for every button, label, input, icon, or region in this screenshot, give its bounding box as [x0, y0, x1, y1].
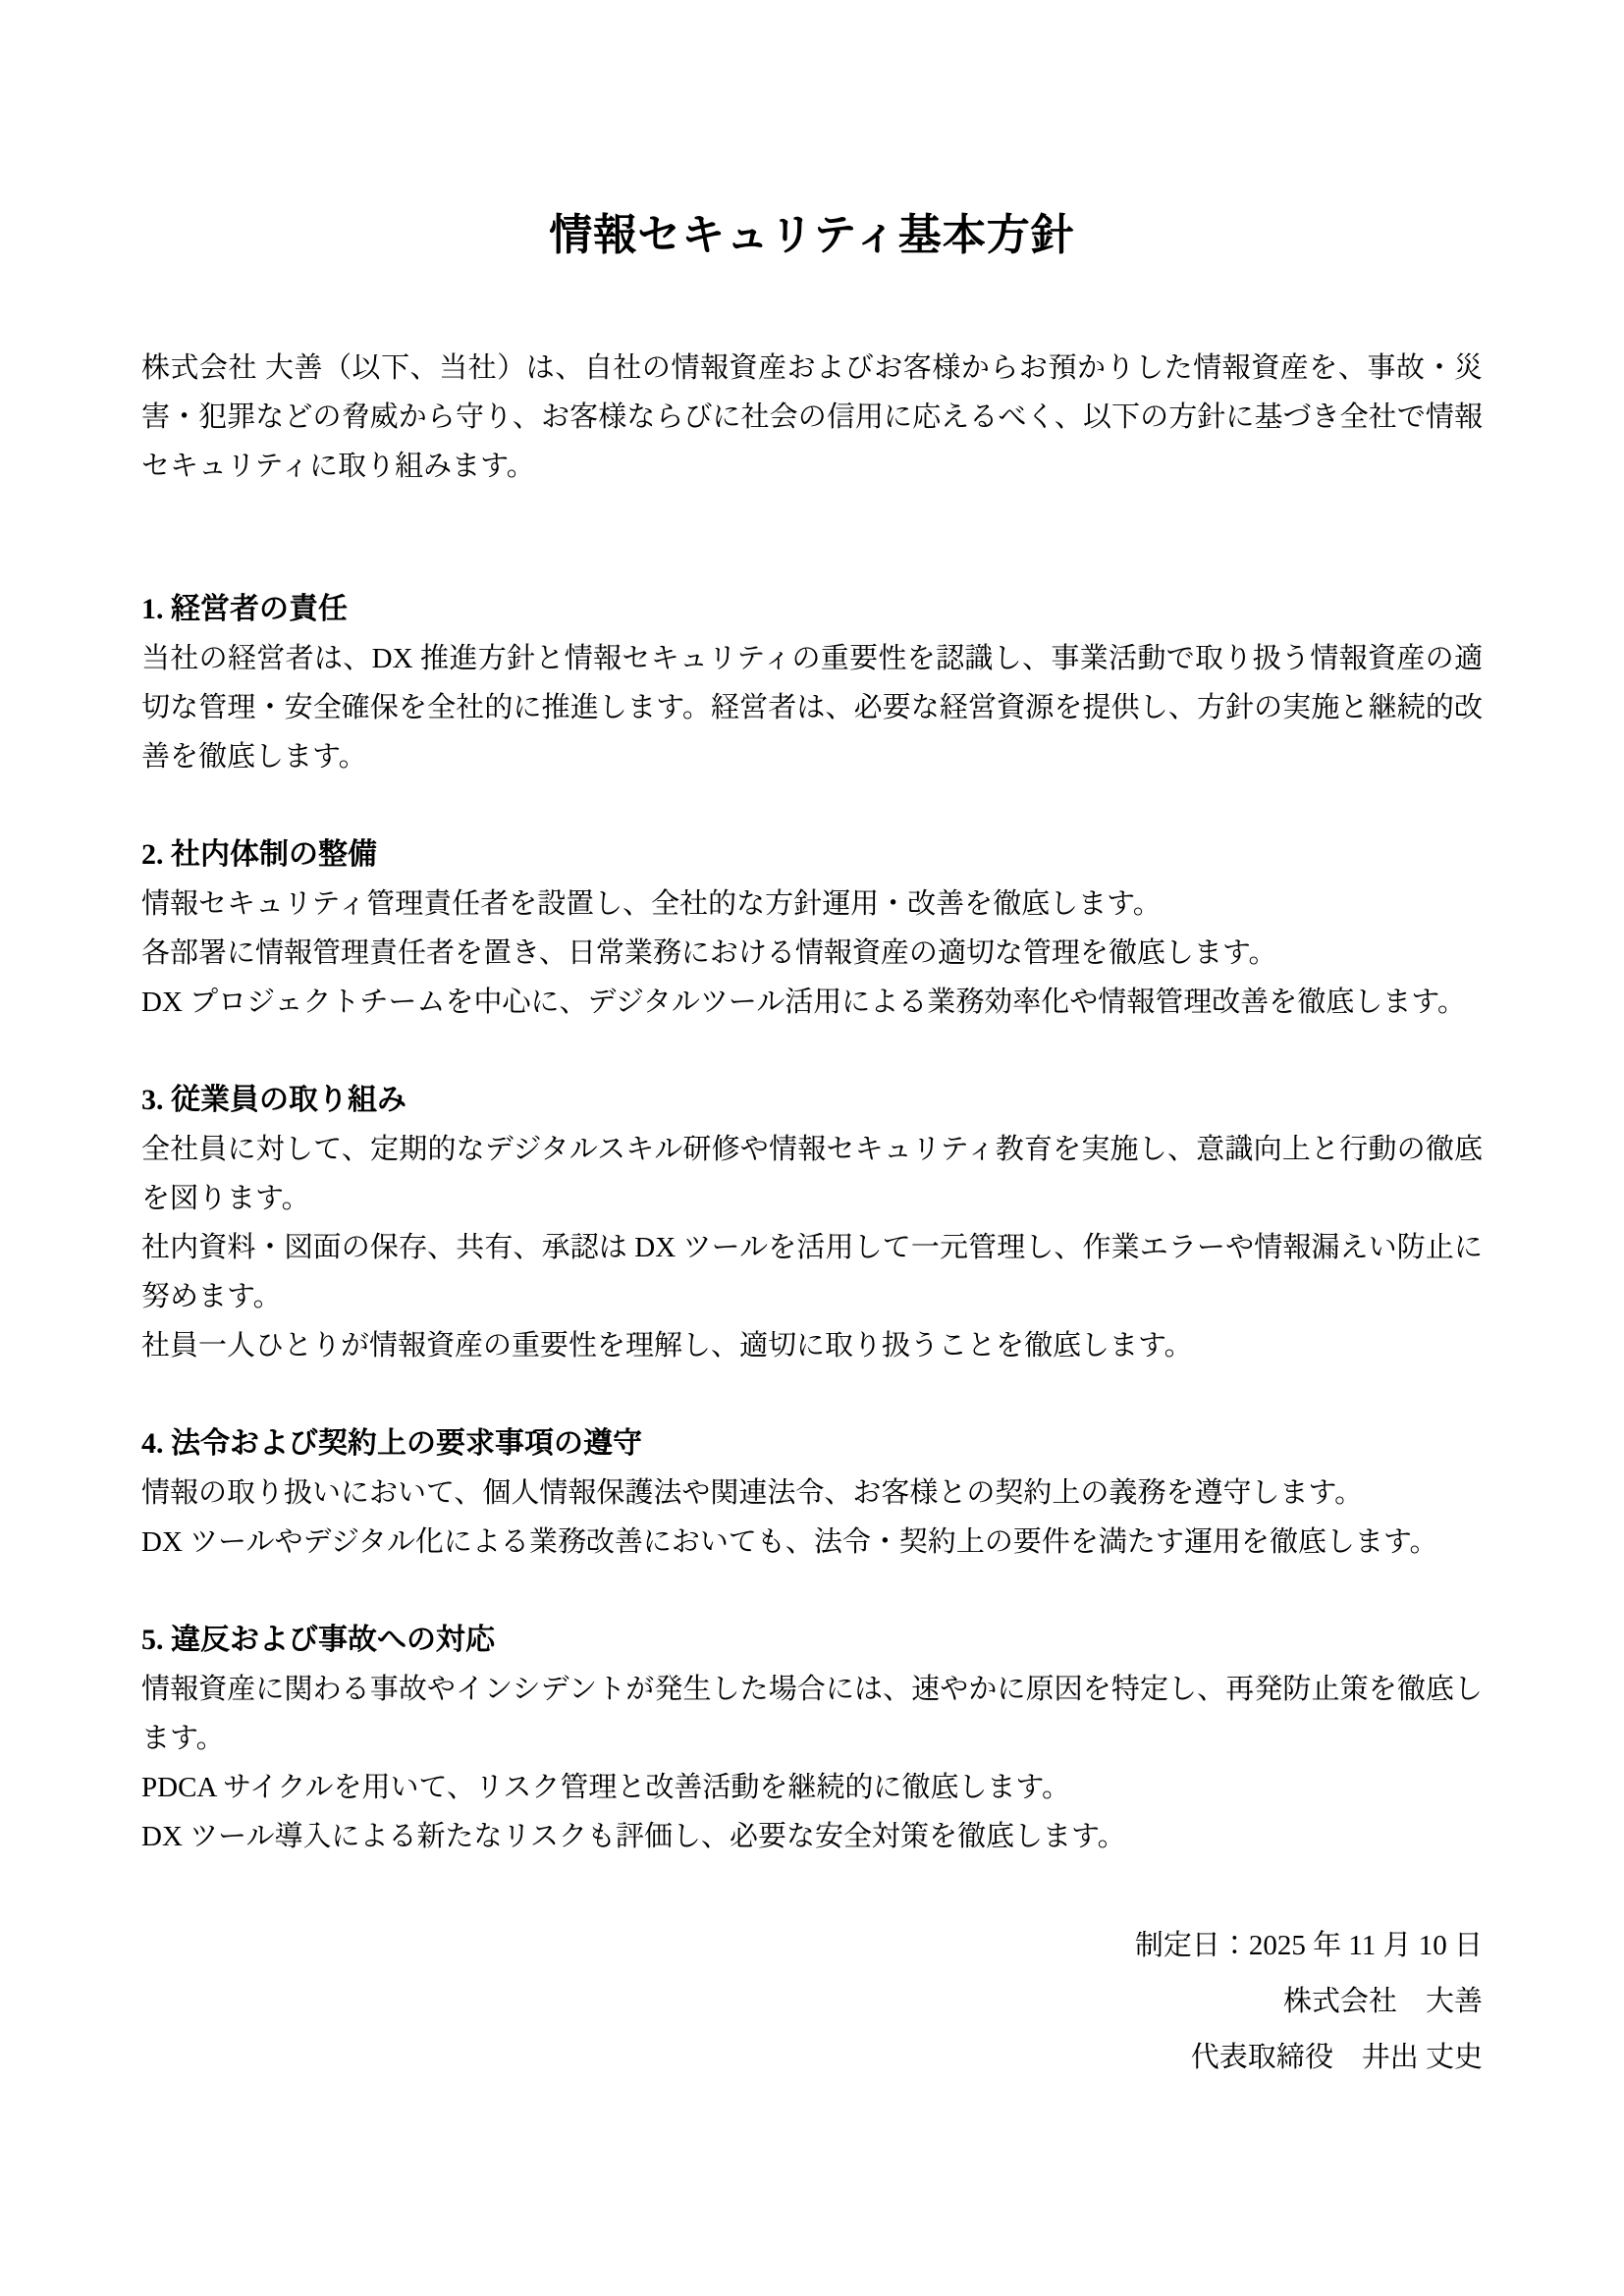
section-management-responsibility: 1. 経営者の責任 当社の経営者は、DX 推進方針と情報セキュリティの重要性を認…	[141, 585, 1483, 781]
section-2-paragraph-1: 情報セキュリティ管理責任者を設置し、全社的な方針運用・改善を徹底します。	[141, 880, 1483, 929]
section-2-paragraph-2: 各部署に情報管理責任者を置き、日常業務における情報資産の適切な管理を徹底します。	[141, 929, 1483, 978]
section-5-heading: 5. 違反および事故への対応	[141, 1616, 1483, 1665]
document-content: 情報セキュリティ基本方針 株式会社 大善（以下、当社）は、自社の情報資産およびお…	[0, 0, 1624, 2086]
enacted-date: 制定日：2025 年 11 月 10 日	[141, 1918, 1483, 1974]
section-5-paragraph-3: DX ツール導入による新たなリスクも評価し、必要な安全対策を徹底します。	[141, 1812, 1483, 1861]
section-5-paragraph-1: 情報資産に関わる事故やインシデントが発生した場合には、速やかに原因を特定し、再発…	[141, 1665, 1483, 1763]
document-footer: 制定日：2025 年 11 月 10 日 株式会社 大善 代表取締役 井出 丈史	[141, 1918, 1483, 2086]
section-violation-incident-response: 5. 違反および事故への対応 情報資産に関わる事故やインシデントが発生した場合に…	[141, 1616, 1483, 1861]
section-3-paragraph-1: 全社員に対して、定期的なデジタルスキル研修や情報セキュリティ教育を実施し、意識向…	[141, 1125, 1483, 1223]
section-legal-compliance: 4. 法令および契約上の要求事項の遵守 情報の取り扱いにおいて、個人情報保護法や…	[141, 1419, 1483, 1567]
section-1-heading: 1. 経営者の責任	[141, 585, 1483, 634]
section-4-heading: 4. 法令および契約上の要求事項の遵守	[141, 1419, 1483, 1468]
section-2-heading: 2. 社内体制の整備	[141, 830, 1483, 880]
document-page: 情報セキュリティ基本方針 株式会社 大善（以下、当社）は、自社の情報資産およびお…	[0, 0, 1624, 2296]
section-employee-efforts: 3. 従業員の取り組み 全社員に対して、定期的なデジタルスキル研修や情報セキュリ…	[141, 1076, 1483, 1370]
section-4-paragraph-1: 情報の取り扱いにおいて、個人情報保護法や関連法令、お客様との契約上の義務を遵守し…	[141, 1468, 1483, 1518]
document-title: 情報セキュリティ基本方針	[141, 0, 1483, 263]
section-3-paragraph-3: 社員一人ひとりが情報資産の重要性を理解し、適切に取り扱うことを徹底します。	[141, 1321, 1483, 1370]
company-name: 株式会社 大善	[141, 1974, 1483, 2030]
section-3-paragraph-2: 社内資料・図面の保存、共有、承認は DX ツールを活用して一元管理し、作業エラー…	[141, 1223, 1483, 1321]
section-1-paragraph-1: 当社の経営者は、DX 推進方針と情報セキュリティの重要性を認識し、事業活動で取り…	[141, 634, 1483, 781]
section-internal-structure: 2. 社内体制の整備 情報セキュリティ管理責任者を設置し、全社的な方針運用・改善…	[141, 830, 1483, 1027]
section-5-paragraph-2: PDCA サイクルを用いて、リスク管理と改善活動を継続的に徹底します。	[141, 1763, 1483, 1812]
representative-name: 代表取締役 井出 丈史	[141, 2030, 1483, 2086]
section-2-paragraph-3: DX プロジェクトチームを中心に、デジタルツール活用による業務効率化や情報管理改…	[141, 978, 1483, 1027]
section-3-heading: 3. 従業員の取り組み	[141, 1076, 1483, 1125]
intro-paragraph: 株式会社 大善（以下、当社）は、自社の情報資産およびお客様からお預かりした情報資…	[141, 344, 1483, 491]
section-4-paragraph-2: DX ツールやデジタル化による業務改善においても、法令・契約上の要件を満たす運用…	[141, 1518, 1483, 1567]
